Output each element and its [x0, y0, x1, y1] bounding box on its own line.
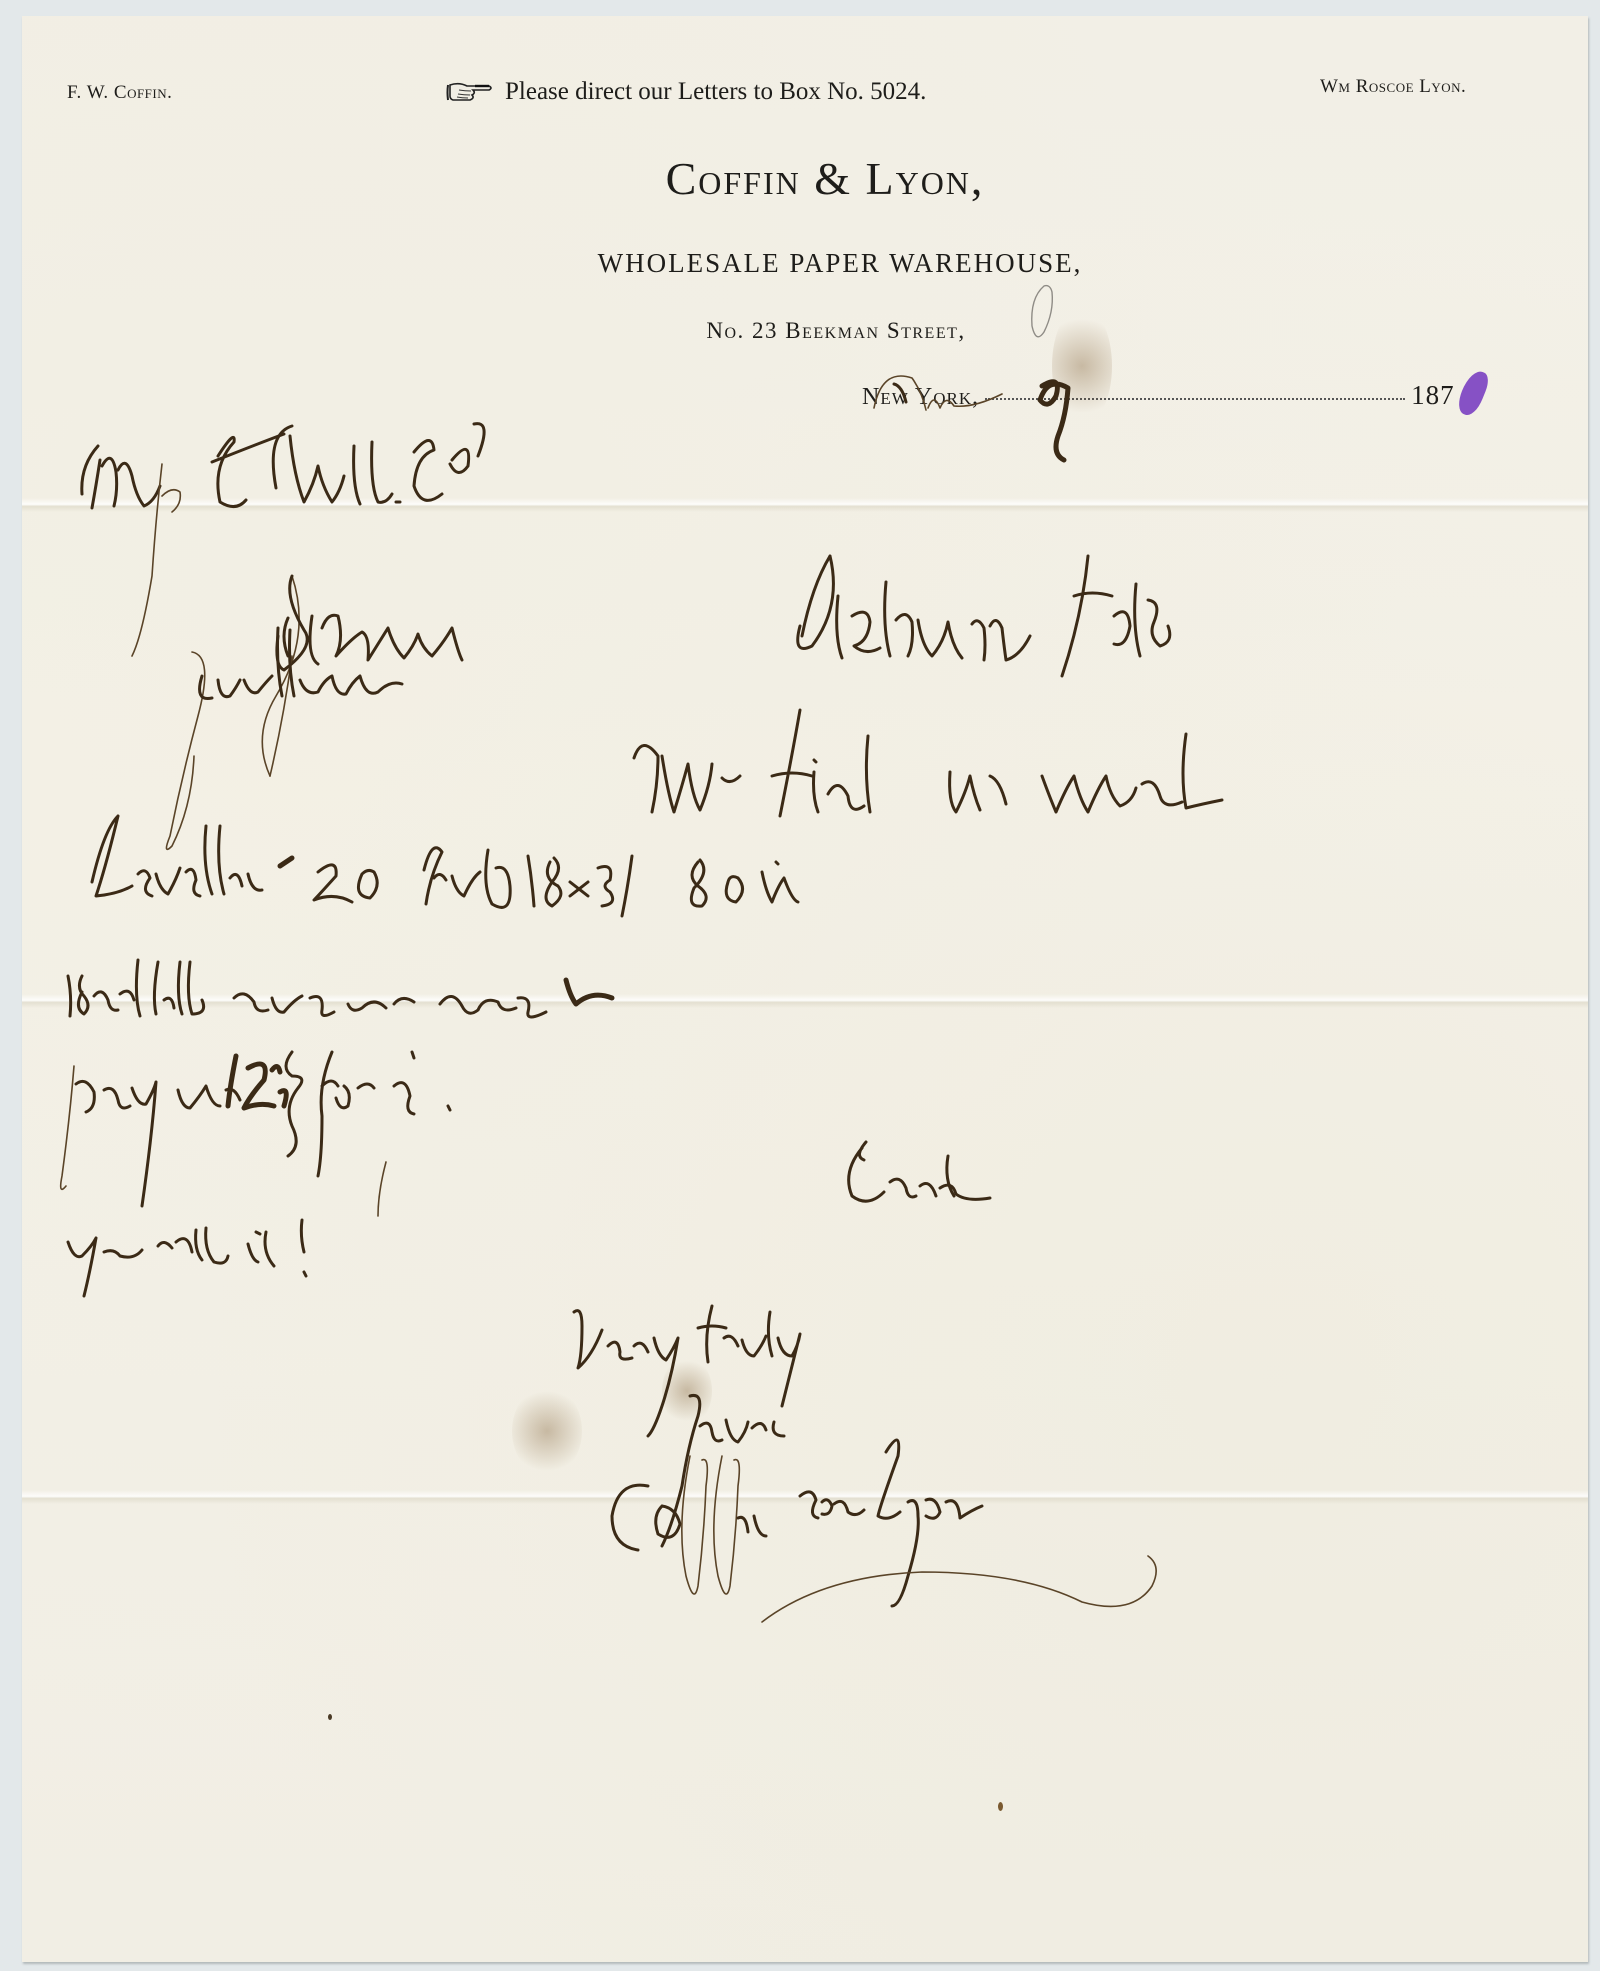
letter-sheet: F. W. Coffin. Please direct our Letters …: [22, 16, 1588, 1962]
handwriting-strokes: [22, 16, 1588, 1962]
